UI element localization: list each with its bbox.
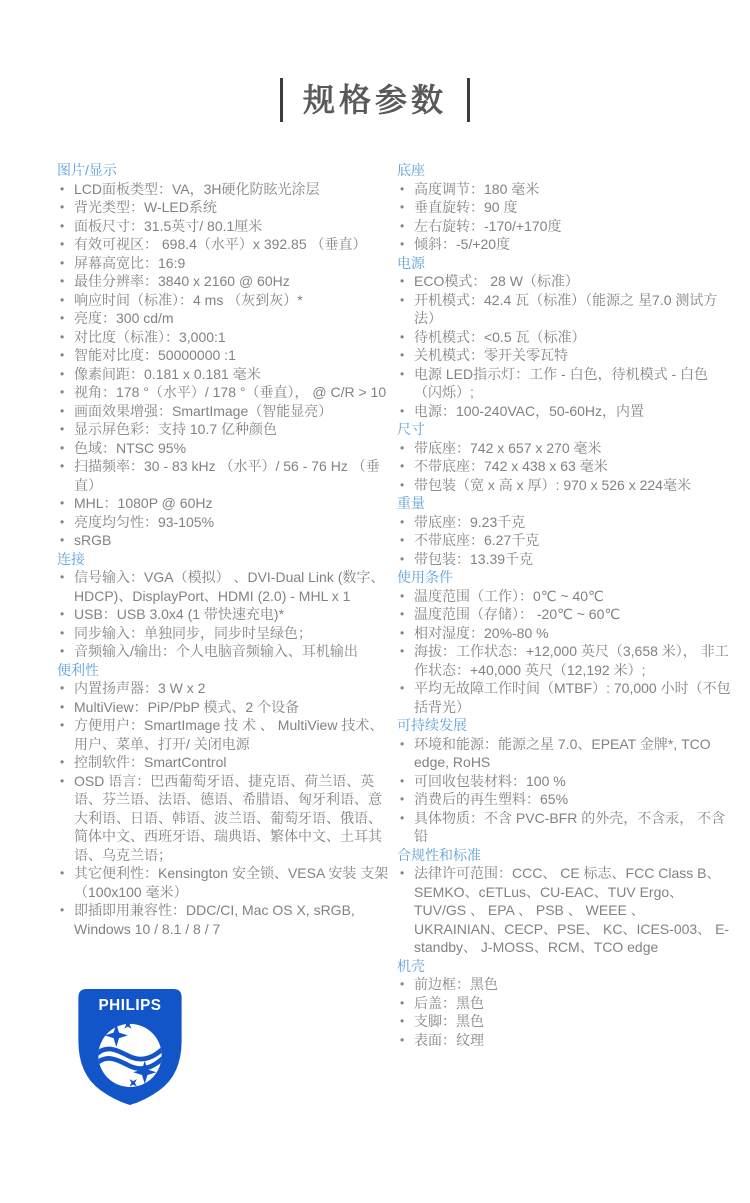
spec-item: 海拔：工作状态：+12,000 英尺（3,658 米）， 非工作状态：+40,0… xyxy=(397,642,735,679)
spec-item: 带底座：742 x 657 x 270 毫米 xyxy=(397,439,735,458)
spec-item: 最佳分辨率：3840 x 2160 @ 60Hz xyxy=(57,272,389,291)
spec-section: 图片/显示LCD面板类型：VA，3H硬化防眩光涂层背光类型：W-LED系统面板尺… xyxy=(57,161,389,550)
section-heading: 便利性 xyxy=(57,661,389,680)
spec-item: sRGB xyxy=(57,531,389,550)
spec-item: 信号输入：VGA（模拟） 、DVI-Dual Link (数字、 HDCP)、D… xyxy=(57,568,389,605)
section-heading: 尺寸 xyxy=(397,420,735,439)
spec-item: 其它便利性：Kensington 安全锁、VESA 安装 支架（100x100 … xyxy=(57,864,389,901)
spec-list: 温度范围（工作）：0℃ ~ 40℃温度范围（存储）： -20℃ ~ 60℃相对湿… xyxy=(397,587,735,717)
spec-item: 内置扬声器：3 W x 2 xyxy=(57,679,389,698)
spec-item: OSD 语言：巴西葡萄牙语、捷克语、荷兰语、英语、芬兰语、法语、德语、希腊语、匈… xyxy=(57,772,389,865)
spec-item: 亮度均匀性：93-105% xyxy=(57,513,389,532)
page-title: 规格参数 xyxy=(303,78,447,122)
philips-shield-icon: PHILIPS xyxy=(75,988,185,1106)
spec-item: 温度范围（工作）：0℃ ~ 40℃ xyxy=(397,587,735,606)
spec-item: 像素间距：0.181 x 0.181 毫米 xyxy=(57,365,389,384)
spec-item: 带包装：13.39千克 xyxy=(397,550,735,569)
section-heading: 重量 xyxy=(397,494,735,513)
spec-section: 机壳前边框：黑色后盖：黑色支脚：黑色表面：纹理 xyxy=(397,957,735,1050)
section-heading: 底座 xyxy=(397,161,735,180)
title-right-bar xyxy=(467,78,470,122)
spec-item: 智能对比度：50000000 :1 xyxy=(57,346,389,365)
spec-item: 色域：NTSC 95% xyxy=(57,439,389,458)
section-heading: 使用条件 xyxy=(397,568,735,587)
spec-list: 环境和能源：能源之星 7.0、EPEAT 金牌*, TCO edge, RoHS… xyxy=(397,735,735,846)
spec-item: 即插即用兼容性：DDC/CI, Mac OS X, sRGB, Windows … xyxy=(57,901,389,938)
spec-item: 高度调节：180 毫米 xyxy=(397,180,735,199)
spec-item: 同步输入：单独同步，同步时呈绿色； xyxy=(57,624,389,643)
spec-item: 具体物质：不含 PVC-BFR 的外壳，不含汞， 不含铅 xyxy=(397,809,735,846)
spec-item: 响应时间（标准）：4 ms （灰到灰）* xyxy=(57,291,389,310)
spec-item: 显示屏色彩：支持 10.7 亿种颜色 xyxy=(57,420,389,439)
spec-item: USB：USB 3.0x4 (1 带快速充电)* xyxy=(57,605,389,624)
spec-item: 不带底座：6.27千克 xyxy=(397,531,735,550)
spec-item: 带底座：9.23千克 xyxy=(397,513,735,532)
spec-item: 垂直旋转：90 度 xyxy=(397,198,735,217)
spec-item: 左右旋转：-170/+170度 xyxy=(397,217,735,236)
spec-item: 对比度（标准）：3,000:1 xyxy=(57,328,389,347)
spec-section: 可持续发展环境和能源：能源之星 7.0、EPEAT 金牌*, TCO edge,… xyxy=(397,716,735,846)
spec-list: 前边框：黑色后盖：黑色支脚：黑色表面：纹理 xyxy=(397,975,735,1049)
spec-item: 屏幕高宽比：16:9 xyxy=(57,254,389,273)
spec-section: 合规性和标准法律许可范围：CCC、 CE 标志、FCC Class B、SEMK… xyxy=(397,846,735,957)
spec-item: 消费后的再生塑料：65% xyxy=(397,790,735,809)
spec-item: 开机模式：42.4 瓦（标准）（能源之 星7.0 测试方法） xyxy=(397,291,735,328)
spec-item: 有效可视区： 698.4（水平）x 392.85 （垂直） xyxy=(57,235,389,254)
spec-section: 尺寸带底座：742 x 657 x 270 毫米不带底座：742 x 438 x… xyxy=(397,420,735,494)
section-heading: 图片/显示 xyxy=(57,161,389,180)
spec-item: ECO模式： 28 W（标准） xyxy=(397,272,735,291)
spec-item: 亮度：300 cd/m xyxy=(57,309,389,328)
spec-item: 音频输入/输出：个人电脑音频输入、耳机输出 xyxy=(57,642,389,661)
spec-item: 背光类型：W-LED系统 xyxy=(57,198,389,217)
spec-item: 电源 LED指示灯：工作 - 白色，待机模式 - 白色（闪烁）; xyxy=(397,365,735,402)
spec-item: LCD面板类型：VA，3H硬化防眩光涂层 xyxy=(57,180,389,199)
spec-item: 面板尺寸：31.5英寸/ 80.1厘米 xyxy=(57,217,389,236)
spec-item: 平均无故障工作时间（MTBF）: 70,000 小时（不包括背光） xyxy=(397,679,735,716)
spec-item: 温度范围（存储）： -20℃ ~ 60℃ xyxy=(397,605,735,624)
spec-list: ECO模式： 28 W（标准）开机模式：42.4 瓦（标准）（能源之 星7.0 … xyxy=(397,272,735,420)
spec-item: 方便用户：SmartImage 技 术 、 MultiView 技术、用户、菜单… xyxy=(57,716,389,753)
spec-item: 视角：178 °（水平）/ 178 °（垂直）， @ C/R > 10 xyxy=(57,383,389,402)
page-title-container: 规格参数 xyxy=(0,78,750,122)
spec-section: 电源ECO模式： 28 W（标准）开机模式：42.4 瓦（标准）（能源之 星7.… xyxy=(397,254,735,421)
spec-item: MHL：1080P @ 60Hz xyxy=(57,494,389,513)
philips-logo: PHILIPS xyxy=(75,988,185,1106)
spec-list: 内置扬声器：3 W x 2MultiView：PiP/PbP 模式、2 个设备方… xyxy=(57,679,389,938)
spec-item: 控制软件：SmartControl xyxy=(57,753,389,772)
spec-item: 法律许可范围：CCC、 CE 标志、FCC Class B、SEMKO、cETL… xyxy=(397,864,735,957)
section-heading: 合规性和标准 xyxy=(397,846,735,865)
spec-section: 使用条件温度范围（工作）：0℃ ~ 40℃温度范围（存储）： -20℃ ~ 60… xyxy=(397,568,735,716)
spec-list: 信号输入：VGA（模拟） 、DVI-Dual Link (数字、 HDCP)、D… xyxy=(57,568,389,661)
spec-item: 支脚：黑色 xyxy=(397,1012,735,1031)
spec-list: 带底座：742 x 657 x 270 毫米不带底座：742 x 438 x 6… xyxy=(397,439,735,495)
spec-list: 法律许可范围：CCC、 CE 标志、FCC Class B、SEMKO、cETL… xyxy=(397,864,735,957)
spec-page: 规格参数 图片/显示LCD面板类型：VA，3H硬化防眩光涂层背光类型：W-LED… xyxy=(0,0,750,1203)
spec-item: 扫描频率：30 - 83 kHz （水平）/ 56 - 76 Hz （垂直） xyxy=(57,457,389,494)
spec-section: 底座高度调节：180 毫米垂直旋转：90 度左右旋转：-170/+170度倾斜：… xyxy=(397,161,735,254)
spec-item: 表面：纹理 xyxy=(397,1031,735,1050)
spec-item: 可回收包装材料：100 % xyxy=(397,772,735,791)
title-left-bar xyxy=(280,78,283,122)
spec-section: 便利性内置扬声器：3 W x 2MultiView：PiP/PbP 模式、2 个… xyxy=(57,661,389,939)
spec-list: 带底座：9.23千克不带底座：6.27千克带包装：13.39千克 xyxy=(397,513,735,569)
spec-list: LCD面板类型：VA，3H硬化防眩光涂层背光类型：W-LED系统面板尺寸：31.… xyxy=(57,180,389,550)
section-heading: 机壳 xyxy=(397,957,735,976)
spec-item: 环境和能源：能源之星 7.0、EPEAT 金牌*, TCO edge, RoHS xyxy=(397,735,735,772)
spec-section: 重量带底座：9.23千克不带底座：6.27千克带包装：13.39千克 xyxy=(397,494,735,568)
section-heading: 连接 xyxy=(57,550,389,569)
philips-brand-text: PHILIPS xyxy=(98,997,161,1014)
spec-item: 前边框：黑色 xyxy=(397,975,735,994)
spec-item: 后盖：黑色 xyxy=(397,994,735,1013)
spec-item: 关机模式：零开关零瓦特 xyxy=(397,346,735,365)
spec-list: 高度调节：180 毫米垂直旋转：90 度左右旋转：-170/+170度倾斜：-5… xyxy=(397,180,735,254)
section-heading: 电源 xyxy=(397,254,735,273)
spec-item: 倾斜：-5/+20度 xyxy=(397,235,735,254)
spec-item: MultiView：PiP/PbP 模式、2 个设备 xyxy=(57,698,389,717)
left-column: 图片/显示LCD面板类型：VA，3H硬化防眩光涂层背光类型：W-LED系统面板尺… xyxy=(57,161,389,938)
spec-item: 不带底座：742 x 438 x 63 毫米 xyxy=(397,457,735,476)
spec-item: 待机模式：<0.5 瓦（标准） xyxy=(397,328,735,347)
right-column: 底座高度调节：180 毫米垂直旋转：90 度左右旋转：-170/+170度倾斜：… xyxy=(397,161,735,1049)
spec-section: 连接信号输入：VGA（模拟） 、DVI-Dual Link (数字、 HDCP)… xyxy=(57,550,389,661)
spec-item: 电源：100-240VAC，50-60Hz，内置 xyxy=(397,402,735,421)
spec-item: 相对湿度：20%-80 % xyxy=(397,624,735,643)
spec-item: 带包装（宽 x 高 x 厚）: 970 x 526 x 224毫米 xyxy=(397,476,735,495)
spec-item: 画面效果增强：SmartImage（智能显亮） xyxy=(57,402,389,421)
section-heading: 可持续发展 xyxy=(397,716,735,735)
